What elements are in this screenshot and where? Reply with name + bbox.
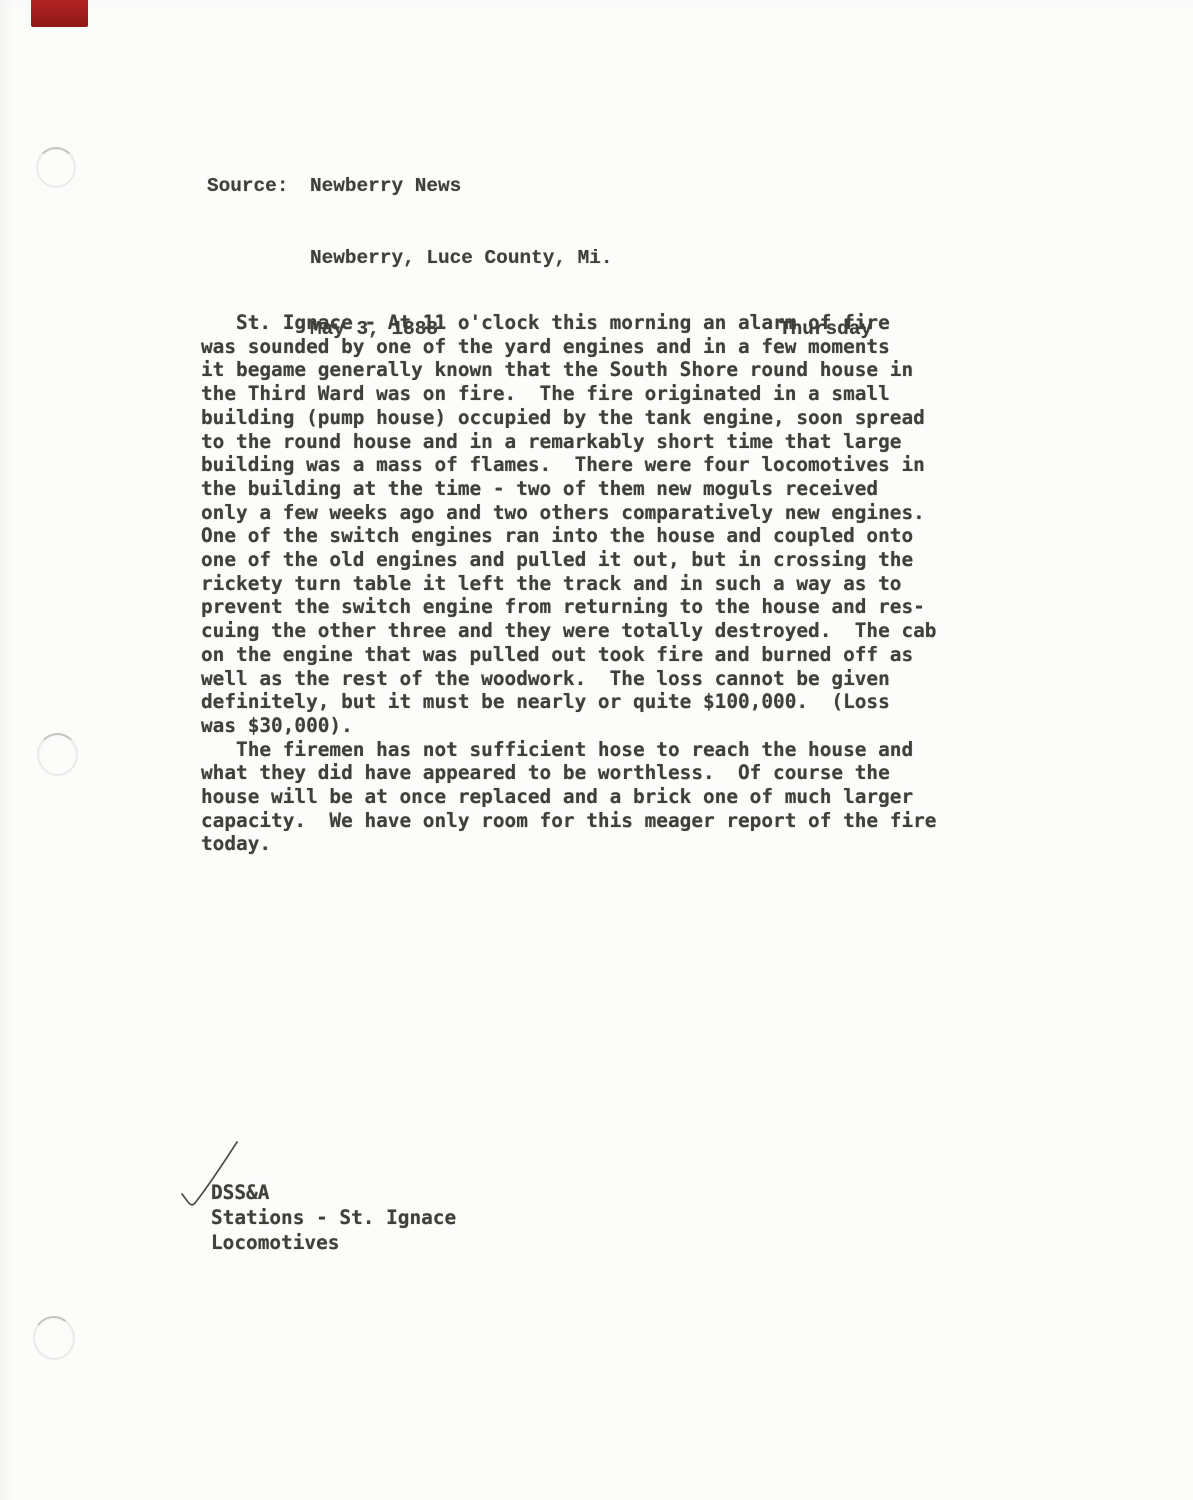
source-label: Source: [207,175,310,199]
archive-index-labels: DSS&A Stations - St. Ignace Locomotives [211,1180,456,1255]
source-line: Source:Newberry News [207,175,967,199]
punch-hole-impression-top [36,147,76,188]
scanned-document-page: { "page": { "background": "#fcfcfb", "in… [0,0,1193,1500]
location-line: Newberry, Luce County, Mi. [207,247,967,271]
article-body: St. Ignace - At 11 o'clock this morning … [201,311,936,856]
punch-hole-impression-middle [37,733,78,776]
publication-name: Newberry News [310,175,461,197]
red-tape-mark [31,0,88,27]
